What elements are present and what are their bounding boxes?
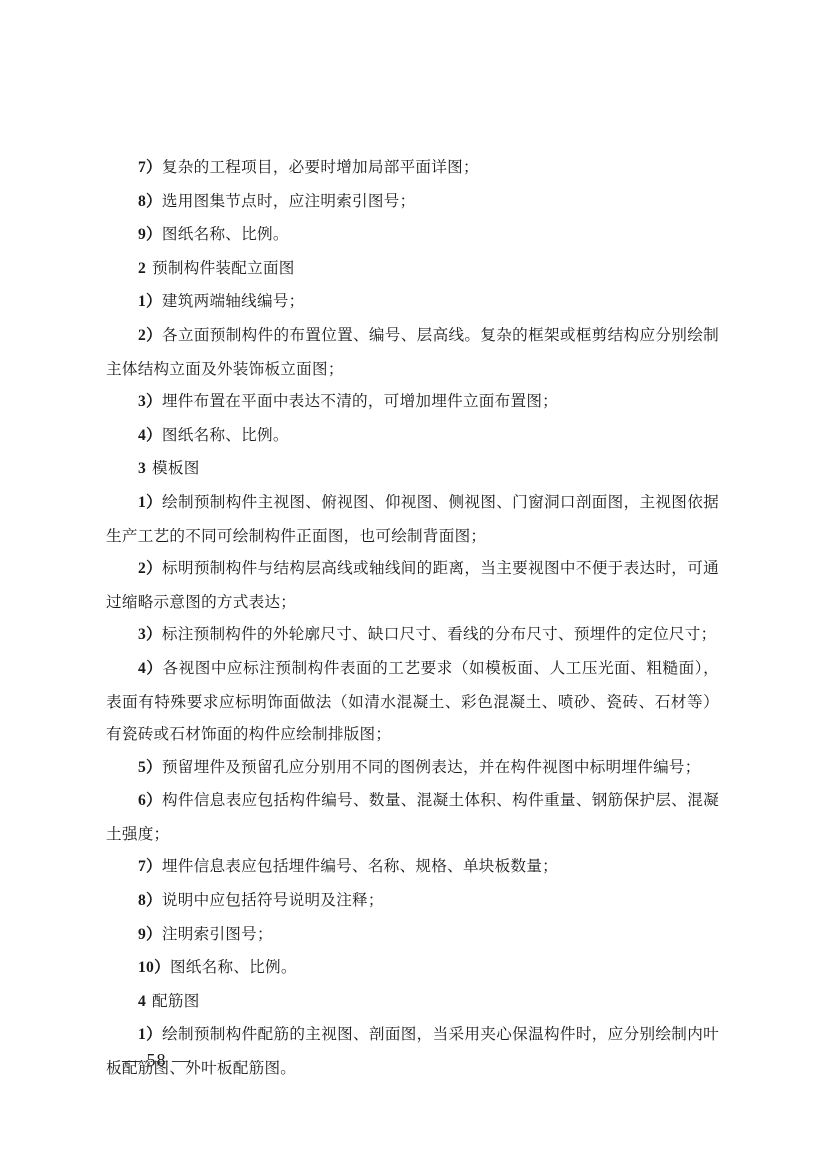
section-title: 模板图: [152, 459, 200, 477]
item-text: 复杂的工程项目，必要时增加局部平面详图；: [162, 158, 479, 176]
list-item: 7）埋件信息表应包括埋件编号、名称、规格、单块板数量；: [106, 850, 719, 884]
item-text: 各视图中应标注预制构件表面的工艺要求（如模板面、人工压光面、粗糙面），表面有特殊…: [106, 659, 719, 743]
item-number: 9）: [138, 926, 162, 943]
section-title: 预制构件装配立面图: [152, 259, 295, 277]
list-item: 9）注明索引图号；: [106, 918, 719, 952]
item-text: 各立面预制构件的布置位置、编号、层高线。复杂的框架或框剪结构应分别绘制主体结构立…: [106, 326, 719, 378]
list-item: 9）图纸名称、比例。: [106, 218, 719, 252]
item-text: 注明索引图号；: [162, 925, 273, 943]
list-item: 1）绘制预制构件主视图、俯视图、仰视图、侧视图、门窗洞口剖面图，主视图依据生产工…: [106, 486, 719, 552]
list-item: 7）复杂的工程项目，必要时增加局部平面详图；: [106, 151, 719, 185]
section-title: 配筋图: [152, 992, 200, 1010]
item-text: 图纸名称、比例。: [162, 426, 289, 444]
item-number: 10）: [138, 959, 170, 976]
list-item: 4）图纸名称、比例。: [106, 419, 719, 453]
item-text: 选用图集节点时，应注明索引图号；: [162, 192, 416, 210]
item-text: 绘制预制构件主视图、俯视图、仰视图、侧视图、门窗洞口剖面图，主视图依据生产工艺的…: [106, 493, 719, 545]
item-text: 绘制预制构件配筋的主视图、剖面图，当采用夹心保温构件时，应分别绘制内叶板配筋图、…: [106, 1025, 719, 1077]
item-text: 建筑两端轴线编号；: [162, 292, 305, 310]
list-item: 3）埋件布置在平面中表达不清的，可增加埋件立面布置图；: [106, 385, 719, 419]
item-number: 7）: [138, 858, 162, 875]
section-heading: 3模板图: [106, 452, 719, 486]
item-number: 4）: [138, 660, 162, 677]
list-item: 5）预留埋件及预留孔应分别用不同的图例表达，并在构件视图中标明埋件编号；: [106, 751, 719, 785]
section-number: 2: [138, 260, 146, 277]
section-number: 3: [138, 460, 146, 477]
item-number: 6）: [138, 792, 162, 809]
item-text: 埋件布置在平面中表达不清的，可增加埋件立面布置图；: [162, 392, 558, 410]
item-text: 构件信息表应包括构件编号、数量、混凝土体积、构件重量、钢筋保护层、混凝土强度；: [106, 791, 719, 843]
list-item: 1）绘制预制构件配筋的主视图、剖面图，当采用夹心保温构件时，应分别绘制内叶板配筋…: [106, 1018, 719, 1084]
item-text: 标明预制构件与结构层高线或轴线间的距离，当主要视图中不便于表达时，可通过缩略示意…: [106, 559, 719, 611]
list-item: 2）各立面预制构件的布置位置、编号、层高线。复杂的框架或框剪结构应分别绘制主体结…: [106, 319, 719, 385]
item-text: 预留埋件及预留孔应分别用不同的图例表达，并在构件视图中标明埋件编号；: [162, 758, 701, 776]
item-number: 5）: [138, 759, 162, 776]
section-heading: 4配筋图: [106, 985, 719, 1019]
item-number: 8）: [138, 892, 162, 909]
item-number: 3）: [138, 393, 162, 410]
item-number: 9）: [138, 226, 162, 243]
item-number: 2）: [138, 327, 162, 344]
list-item: 1）建筑两端轴线编号；: [106, 285, 719, 319]
item-number: 4）: [138, 427, 162, 444]
list-item: 3）标注预制构件的外轮廓尺寸、缺口尺寸、看线的分布尺寸、预埋件的定位尺寸；: [106, 618, 719, 652]
item-text: 图纸名称、比例。: [170, 958, 297, 976]
list-item: 8）说明中应包括符号说明及注释；: [106, 884, 719, 918]
document-body: 7）复杂的工程项目，必要时增加局部平面详图； 8）选用图集节点时，应注明索引图号…: [106, 151, 719, 1085]
item-number: 1）: [138, 293, 162, 310]
section-heading: 2预制构件装配立面图: [106, 252, 719, 286]
section-number: 4: [138, 993, 146, 1010]
page-number: — 58 —: [122, 1050, 191, 1071]
item-number: 2）: [138, 560, 162, 577]
item-text: 标注预制构件的外轮廓尺寸、缺口尺寸、看线的分布尺寸、预埋件的定位尺寸；: [162, 625, 717, 643]
item-number: 7）: [138, 159, 162, 176]
list-item: 4）各视图中应标注预制构件表面的工艺要求（如模板面、人工压光面、粗糙面），表面有…: [106, 652, 719, 751]
list-item: 10）图纸名称、比例。: [106, 951, 719, 985]
item-number: 1）: [138, 1026, 162, 1043]
item-text: 说明中应包括符号说明及注释；: [162, 891, 384, 909]
list-item: 8）选用图集节点时，应注明索引图号；: [106, 185, 719, 219]
item-number: 8）: [138, 193, 162, 210]
item-number: 1）: [138, 494, 162, 511]
item-text: 图纸名称、比例。: [162, 225, 289, 243]
item-number: 3）: [138, 626, 162, 643]
list-item: 6）构件信息表应包括构件编号、数量、混凝土体积、构件重量、钢筋保护层、混凝土强度…: [106, 784, 719, 850]
list-item: 2）标明预制构件与结构层高线或轴线间的距离，当主要视图中不便于表达时，可通过缩略…: [106, 552, 719, 618]
item-text: 埋件信息表应包括埋件编号、名称、规格、单块板数量；: [162, 857, 558, 875]
